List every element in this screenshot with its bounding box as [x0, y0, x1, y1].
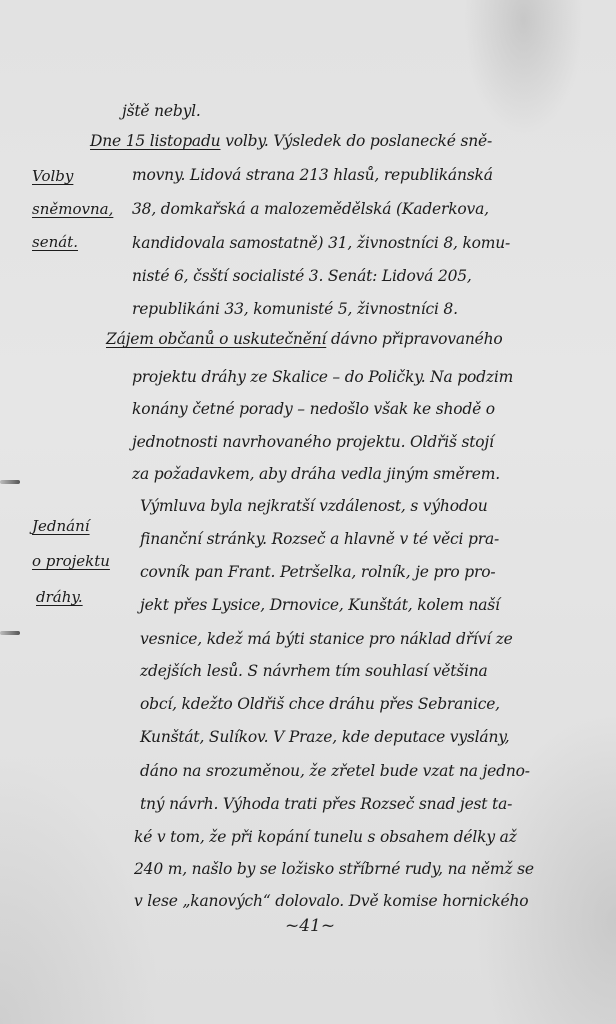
- text-line: dáno na srozuměnou, že zřetel bude vzat …: [140, 762, 530, 780]
- margin-note-elections-3: senát.: [32, 233, 78, 251]
- margin-note-railway-3: dráhy.: [36, 588, 83, 606]
- text-line: vesnice, kdež má býti stanice pro náklad…: [140, 630, 513, 648]
- underlined-phrase: Zájem občanů o uskutečnění: [106, 330, 326, 348]
- text-line: konány četné porady – nedošlo však ke sh…: [132, 400, 495, 418]
- margin-note-elections-1: Volby: [32, 167, 73, 185]
- text-line: 38, domkařská a malozemědělská (Kaderkov…: [132, 200, 489, 218]
- text-line: projektu dráhy ze Skalice – do Poličky. …: [132, 368, 513, 386]
- text-line: jště nebyl.: [122, 102, 201, 120]
- text-line: kandidovala samostatně) 31, živnostníci …: [132, 234, 510, 252]
- text-line: finanční stránky. Rozseč a hlavně v té v…: [140, 530, 499, 548]
- binding-hole-mark: [0, 631, 20, 635]
- text-line: movny. Lidová strana 213 hlasů, republik…: [132, 166, 493, 184]
- text-line: Zájem občanů o uskutečnění dávno připrav…: [106, 330, 503, 348]
- text-line: tný návrh. Výhoda trati přes Rozseč snad…: [140, 795, 512, 813]
- scanned-page: Volby sněmovna, senát. Jednání o projekt…: [0, 0, 616, 1024]
- text-line: Výmluva byla nejkratší vzdálenost, s výh…: [140, 497, 487, 515]
- underlined-phrase: Dne 15 listopadu: [90, 132, 220, 150]
- text-line: zdejších lesů. S návrhem tím souhlasí vě…: [140, 662, 488, 680]
- text-line: Kunštát, Sulíkov. V Praze, kde deputace …: [140, 728, 509, 746]
- binding-hole-mark: [0, 480, 20, 484]
- text-line: nisté 6, čsští socialisté 3. Senát: Lido…: [132, 267, 472, 285]
- margin-note-railway-2: o projektu: [32, 552, 110, 570]
- text-line: covník pan Frant. Petršelka, rolník, je …: [140, 563, 495, 581]
- text-line: ké v tom, že při kopání tunelu s obsahem…: [134, 828, 517, 846]
- text-line: Dne 15 listopadu volby. Výsledek do posl…: [90, 132, 492, 150]
- text-line: za požadavkem, aby dráha vedla jiným smě…: [132, 465, 500, 483]
- page-number: ~41~: [285, 916, 335, 936]
- text-line: 240 m, našlo by se ložisko stříbrné rudy…: [134, 860, 534, 878]
- text-line: jekt přes Lysice, Drnovice, Kunštát, kol…: [140, 596, 500, 614]
- margin-note-railway-1: Jednání: [32, 517, 90, 535]
- text-line: republikáni 33, komunisté 5, živnostníci…: [132, 300, 458, 318]
- text-line: jednotnosti navrhovaného projektu. Oldři…: [132, 433, 494, 451]
- text-line: obcí, kdežto Oldřiš chce dráhu přes Sebr…: [140, 695, 500, 713]
- text-line: v lese „kanových“ dolovalo. Dvě komise h…: [134, 892, 528, 910]
- margin-note-elections-2: sněmovna,: [32, 200, 113, 218]
